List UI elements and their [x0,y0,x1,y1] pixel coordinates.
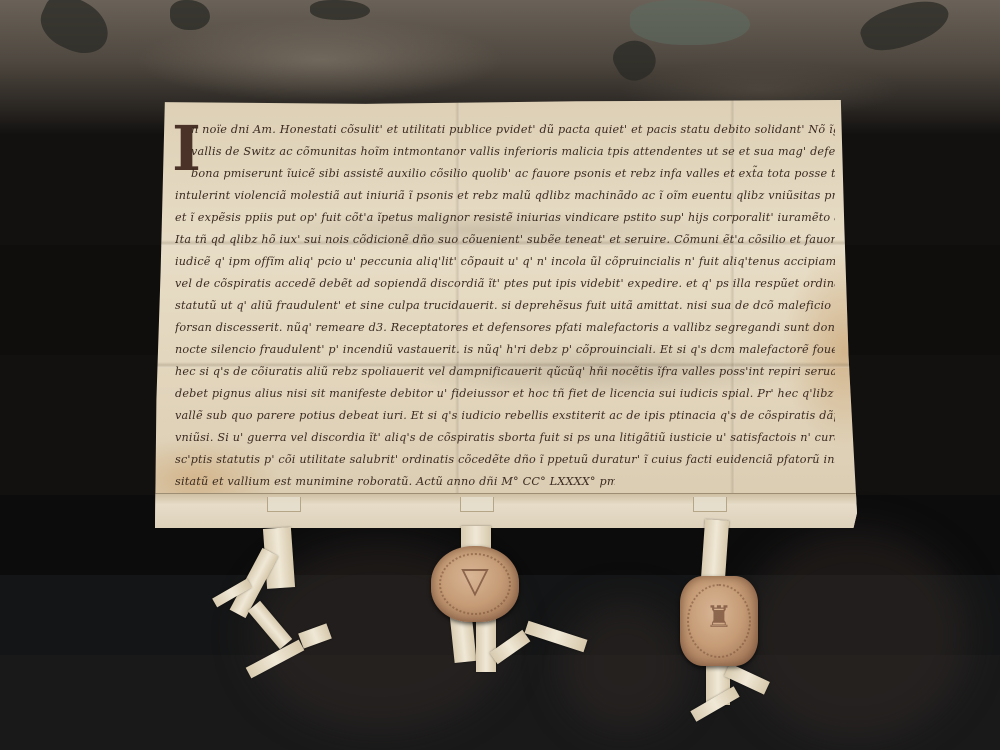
seal-tower-icon: ♜ [699,598,739,638]
illuminated-initial: I [172,114,190,188]
seal-slot [267,497,301,512]
text-line: iudicẽ q' ipm offĩm aliq' pcio u' peccun… [175,253,835,271]
mural-figure [310,0,370,20]
text-line: Ita tñ qd qlibz hõ iux' sui nois cõdicio… [175,231,835,249]
text-line: n noïe dni Am. Honestati cõsulit' et uti… [191,121,835,139]
text-line: sitatũ et vallium est munimine roboratũ.… [175,473,615,491]
glass-reflection [740,530,970,740]
text-line: bona pmiserunt ĩuicẽ sibi assistẽ auxili… [191,165,835,183]
text-line: debet pignus alius nisi sit manifeste de… [175,385,835,403]
mural-figure [170,0,210,30]
text-line: sc'ptis statutis p' cõi utilitate salubr… [175,451,835,469]
text-line: et ĩ expẽsis ppiis put op' fuit cõt'a ĩp… [175,209,835,227]
text-line: hec si q's de cõiuratis aliũ rebz spolia… [175,363,835,381]
wax-seal: ▽ [431,546,519,622]
text-line: vallẽ sub quo parere potius debeat iuri.… [175,407,835,425]
parchment-strip [701,519,729,581]
text-line: statutũ ut q' aliũ fraudulent' et sine c… [175,297,835,315]
text-line: vel de cõspiratis accedẽ debẽt ad sopien… [175,275,835,293]
mural-figure [856,0,954,59]
mural-figure [33,0,118,62]
text-line: vniũsi. Si u' guerra vel discordia ĩt' a… [175,429,835,447]
mural-figure [630,0,750,45]
museum-display-scene: I n noïe dni Am. Honestati cõsulit' et u… [0,0,1000,750]
text-line: forsan discesserit. nũq' remeare d3. Rec… [175,319,835,337]
glass-reflection [560,600,690,730]
wax-seal: ♜ [680,576,758,666]
charter-parchment: I n noïe dni Am. Honestati cõsulit' et u… [155,100,857,528]
plica-fold [155,493,857,529]
text-line: intulerint violenciã molestiã aut iniuri… [175,187,835,205]
seal-slot [693,497,727,512]
seal-slot [460,497,494,512]
text-line: vallis de Switz ac cõmunitas hoĩm intmon… [191,143,835,161]
text-line: nocte silencio fraudulent' p' incendiũ v… [175,341,835,359]
seal-shield-icon: ▽ [455,558,495,604]
